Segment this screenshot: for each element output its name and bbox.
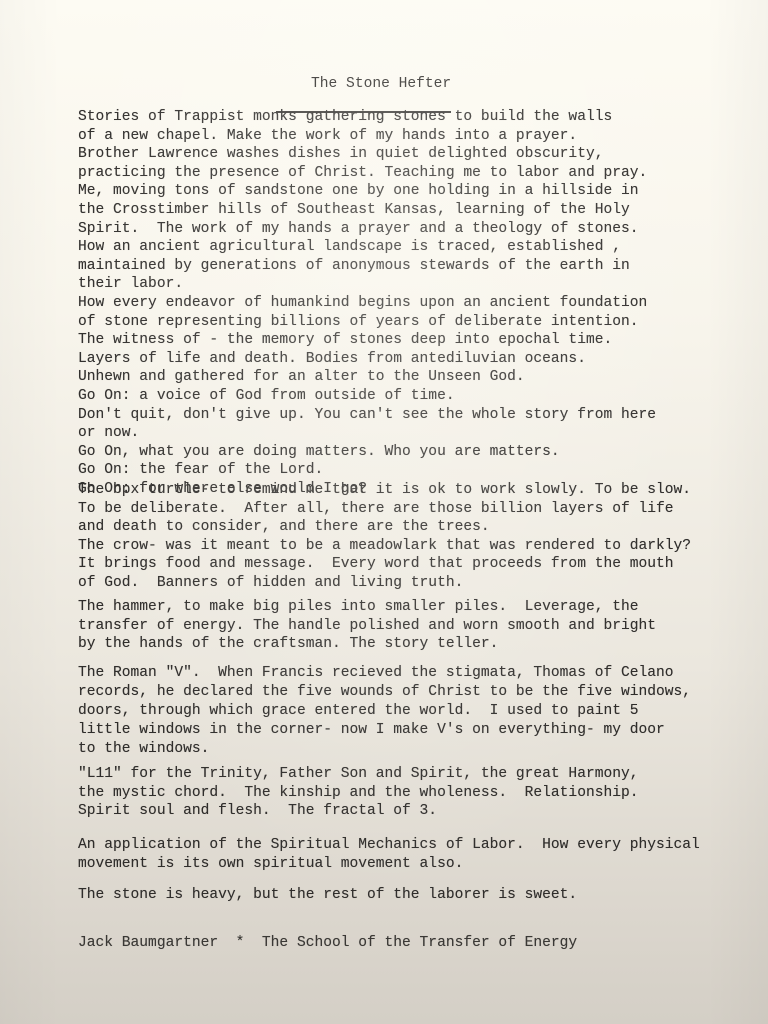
text-line: Go On: the fear of the Lord. bbox=[78, 461, 656, 480]
text-line: The Roman "V". When Francis recieved the… bbox=[78, 664, 691, 683]
text-line: Unhewn and gathered for an alter to the … bbox=[78, 368, 656, 387]
text-line: the mystic chord. The kinship and the wh… bbox=[78, 784, 639, 803]
paragraph-closing: The stone is heavy, but the rest of the … bbox=[78, 886, 577, 905]
text-line: little windows in the corner- now I make… bbox=[78, 721, 691, 740]
paragraph-turtle-crow: The bpx turtle- to remind me that it is … bbox=[78, 481, 691, 593]
text-line: The hammer, to make big piles into small… bbox=[78, 598, 656, 617]
text-line: The stone is heavy, but the rest of the … bbox=[78, 886, 577, 905]
text-line: practicing the presence of Christ. Teach… bbox=[78, 164, 656, 183]
text-line: To be deliberate. After all, there are t… bbox=[78, 500, 691, 519]
title-text: The Stone Hefter bbox=[311, 76, 451, 92]
text-line: Go On: a voice of God from outside of ti… bbox=[78, 387, 656, 406]
text-line: Me, moving tons of sandstone one by one … bbox=[78, 182, 656, 201]
text-line: or now. bbox=[78, 424, 656, 443]
text-line: Spirit soul and flesh. The fractal of 3. bbox=[78, 802, 639, 821]
text-line: Go On, what you are doing matters. Who y… bbox=[78, 443, 656, 462]
text-line: The bpx turtle- to remind me that it is … bbox=[78, 481, 691, 500]
text-line: The crow- was it meant to be a meadowlar… bbox=[78, 537, 691, 556]
text-line: of God. Banners of hidden and living tru… bbox=[78, 574, 691, 593]
text-line: The witness of - the memory of stones de… bbox=[78, 331, 656, 350]
text-line: maintained by generations of anonymous s… bbox=[78, 257, 656, 276]
paragraph-spiritual-mechanics: An application of the Spiritual Mechanic… bbox=[78, 836, 700, 873]
signature-line: Jack Baumgartner * The School of the Tra… bbox=[78, 934, 577, 953]
text-line: to the windows. bbox=[78, 740, 691, 759]
text-line: of a new chapel. Make the work of my han… bbox=[78, 127, 656, 146]
text-line: Spirit. The work of my hands a prayer an… bbox=[78, 220, 656, 239]
text-line: records, he declared the five wounds of … bbox=[78, 683, 691, 702]
text-line: transfer of energy. The handle polished … bbox=[78, 617, 656, 636]
paragraph-hammer: The hammer, to make big piles into small… bbox=[78, 598, 656, 654]
text-line: Stories of Trappist monks gathering ston… bbox=[78, 108, 656, 127]
text-line: How every endeavor of humankind begins u… bbox=[78, 294, 656, 313]
text-line: by the hands of the craftsman. The story… bbox=[78, 635, 656, 654]
paragraph-roman-v: The Roman "V". When Francis recieved the… bbox=[78, 664, 691, 759]
text-line: An application of the Spiritual Mechanic… bbox=[78, 836, 700, 855]
text-line: Layers of life and death. Bodies from an… bbox=[78, 350, 656, 369]
text-line: "L11" for the Trinity, Father Son and Sp… bbox=[78, 765, 639, 784]
text-line: doors, through which grace entered the w… bbox=[78, 702, 691, 721]
paragraph-stones: Stories of Trappist monks gathering ston… bbox=[78, 108, 656, 498]
text-line: of stone representing billions of years … bbox=[78, 313, 656, 332]
text-line: their labor. bbox=[78, 275, 656, 294]
text-line: movement is its own spiritual movement a… bbox=[78, 855, 700, 874]
typewritten-page: The Stone Hefter Stories of Trappist mon… bbox=[0, 0, 768, 1024]
text-line: How an ancient agricultural landscape is… bbox=[78, 238, 656, 257]
text-line: Don't quit, don't give up. You can't see… bbox=[78, 406, 656, 425]
text-line: the Crosstimber hills of Southeast Kansa… bbox=[78, 201, 656, 220]
text-line: Brother Lawrence washes dishes in quiet … bbox=[78, 145, 656, 164]
paragraph-trinity: "L11" for the Trinity, Father Son and Sp… bbox=[78, 765, 639, 821]
text-line: It brings food and message. Every word t… bbox=[78, 555, 691, 574]
text-line: and death to consider, and there are the… bbox=[78, 518, 691, 537]
